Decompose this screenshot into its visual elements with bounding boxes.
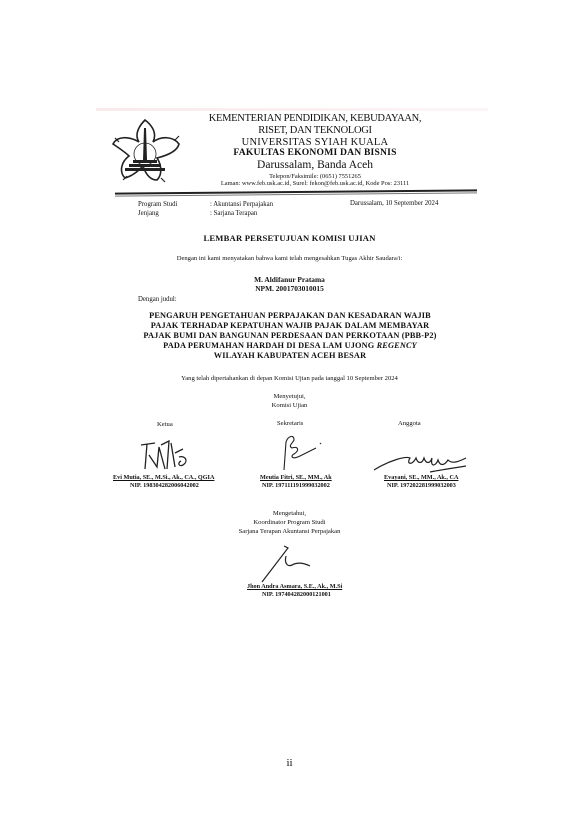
faculty-name: FAKULTAS EKONOMI DAN BISNIS — [185, 148, 445, 159]
role-chair: Ketua — [157, 421, 173, 428]
coordinator-name: Jhon Andra Asmara, S.E., Ak., M.Si — [247, 583, 342, 590]
thesis-title-line: PENGARUH PENGETAHUAN PERPAJAKAN DAN KESA… — [140, 311, 440, 321]
student-name: M. Aldifanur Pratama — [0, 275, 579, 284]
role-secretary: Sekretaris — [277, 420, 303, 427]
chair-name: Evi Mutia, SE., M.Si., Ak., CA., QGIA — [113, 474, 214, 481]
role-member: Anggota — [398, 420, 421, 427]
thesis-title-line-text: PADA PERUMAHAN HARDAH DI DESA LAM UJONG — [163, 341, 374, 350]
address: Darussalam, Banda Aceh — [185, 159, 445, 172]
page-number: ii — [0, 757, 579, 769]
contact-info: Laman: www.feb.usk.ac.id, Surel: fekon@f… — [185, 180, 445, 187]
member-name: Evayani, SE., MM., Ak., CA — [384, 474, 458, 481]
thesis-title-line: WILAYAH KABUPATEN ACEH BESAR — [140, 351, 440, 361]
scan-edge-tint — [96, 108, 488, 111]
phone: Telepon/Faksimile: (0651) 7551265 — [185, 173, 445, 180]
level-label: Jenjang — [138, 210, 159, 217]
acknowledged-label: Mengetahui, — [0, 510, 579, 517]
approved-label: Menyetujui, — [0, 393, 579, 400]
secretary-nip: NIP. 197111191999032002 — [262, 482, 330, 489]
signature-coordinator — [258, 542, 318, 584]
level-value: : Sarjana Terapan — [210, 210, 257, 217]
ministry-line-2: RISET, DAN TEKNOLOGI — [185, 125, 445, 137]
signature-member — [370, 448, 470, 476]
signature-secretary — [280, 432, 330, 472]
thesis-title: PENGARUH PENGETAHUAN PERPAJAKAN DAN KESA… — [140, 311, 440, 361]
coordinator-position-1: Koordinator Program Studi — [0, 519, 579, 526]
letterhead: KEMENTERIAN PENDIDIKAN, KEBUDAYAAN, RISE… — [185, 113, 445, 187]
signature-chair — [135, 435, 195, 473]
intro-text: Dengan ini kami menyatakan bahwa kami te… — [0, 255, 579, 262]
coordinator-position-2: Sarjana Terapan Akuntansi Perpajakan — [0, 528, 579, 535]
committee-label: Komisi Ujian — [0, 402, 579, 409]
chair-nip: NIP. 198304282006042002 — [130, 482, 199, 489]
program-label: Program Studi — [138, 201, 177, 208]
thesis-title-line: PAJAK BUMI DAN BANGUNAN PERDESAAN DAN PE… — [140, 331, 440, 341]
ministry-line-1: KEMENTERIAN PENDIDIKAN, KEBUDAYAAN, — [185, 113, 445, 125]
student-npm: NPM. 2001703010015 — [0, 284, 579, 293]
place-date: Darussalam, 10 September 2024 — [350, 200, 438, 207]
coordinator-nip: NIP. 197404282000121001 — [262, 591, 331, 598]
judul-label: Dengan judul: — [138, 296, 177, 303]
thesis-title-line: PAJAK TERHADAP KEPATUHAN WAJIB PAJAK DAL… — [140, 321, 440, 331]
document-title: LEMBAR PERSETUJUAN KOMISI UJIAN — [0, 233, 579, 243]
program-value: : Akuntansi Perpajakan — [210, 201, 273, 208]
thesis-title-italic: REGENCY — [377, 341, 417, 350]
document-page: KEMENTERIAN PENDIDIKAN, KEBUDAYAAN, RISE… — [0, 0, 579, 819]
university-emblem-icon — [107, 116, 183, 184]
secretary-name: Meutia Fitri, SE., MM., Ak — [260, 474, 332, 481]
thesis-title-line: PADA PERUMAHAN HARDAH DI DESA LAM UJONG … — [140, 341, 440, 351]
member-nip: NIP. 197202281999032003 — [387, 482, 456, 489]
defended-text: Yang telah dipertahankan di depan Komisi… — [0, 375, 579, 382]
